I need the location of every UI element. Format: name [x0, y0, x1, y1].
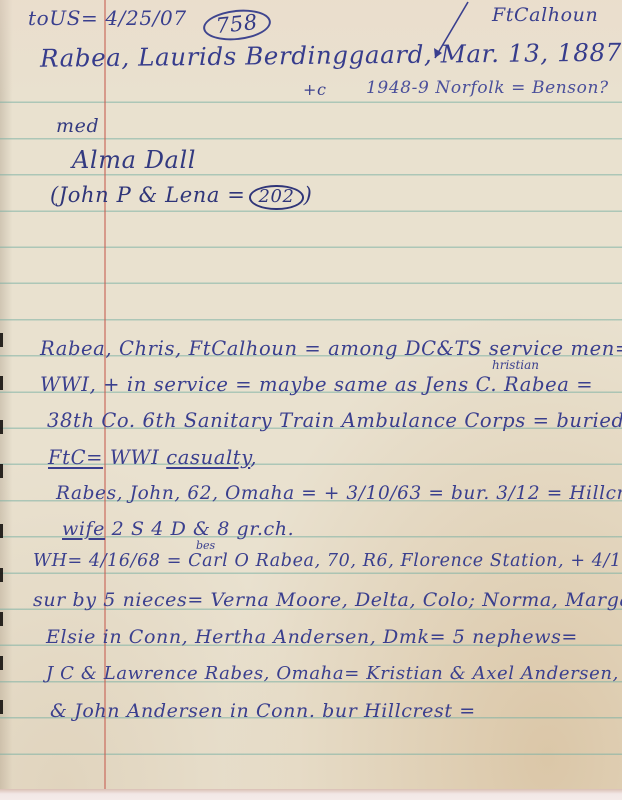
note-line: sur by 5 nieces= Verna Moore, Delta, Col…	[33, 590, 622, 611]
to-us-date-note: toUS= 4/25/07	[28, 7, 187, 29]
binding-nick	[0, 612, 3, 626]
parents-close-paren: )	[304, 183, 313, 207]
note-line: Elsie in Conn, Hertha Andersen, Dmk= 5 n…	[46, 627, 578, 648]
location-heading: FtCalhoun	[492, 5, 598, 26]
binding-nick	[0, 333, 3, 347]
entry-title: Rabea, Laurids Berdinggaard, Mar. 13, 18…	[40, 38, 622, 72]
note-text: ,	[250, 446, 257, 469]
binding-nick	[0, 376, 3, 390]
binding-nick	[0, 700, 3, 714]
note-line: & John Andersen in Conn. bur Hillcrest =	[50, 701, 476, 722]
inserted-correction: bes	[196, 540, 215, 552]
plus-c-note: +c	[303, 81, 327, 99]
note-line: 38th Co. 6th Sanitary Train Ambulance Co…	[47, 410, 622, 431]
spouse-name: Alma Dall	[72, 147, 196, 173]
note-line: Rabes, John, 62, Omaha = + 3/10/63 = bur…	[56, 484, 622, 504]
med-label: med	[56, 116, 99, 137]
note-line: WH= 4/16/68 = Carl O Rabea, 70, R6, Flor…	[33, 552, 622, 571]
binding-nick	[0, 524, 3, 538]
note-text: WWI	[103, 446, 166, 469]
note-line: WWI, + in service = maybe same as Jens C…	[40, 374, 593, 395]
underlined-text: FtC=	[48, 446, 103, 469]
inserted-correction: hristian	[492, 359, 539, 372]
underlined-text: casualty	[166, 446, 250, 469]
note-text: 2 S 4 D & 8 gr.ch.	[105, 518, 294, 540]
norfolk-note: 1948-9 Norfolk = Benson?	[366, 79, 609, 98]
scanner-bed-strip	[0, 789, 622, 800]
binding-nick	[0, 464, 3, 478]
note-line: J C & Lawrence Rabes, Omaha= Kristian & …	[46, 664, 622, 684]
note-line: FtC= WWI casualty,	[48, 447, 257, 468]
binding-nick	[0, 420, 3, 434]
scanned-notebook-page: toUS= 4/25/07 758 FtCalhoun Rabea, Lauri…	[0, 0, 622, 800]
circled-cross-reference: 202	[249, 185, 303, 210]
binding-nick	[0, 656, 3, 670]
underlined-text: wife	[62, 518, 105, 540]
parents-text: (John P & Lena =	[50, 183, 245, 207]
note-line: Rabea, Chris, FtCalhoun = among DC&TS se…	[40, 338, 622, 359]
note-line: wife 2 S 4 D & 8 gr.ch.	[62, 519, 294, 540]
binding-nick	[0, 568, 3, 582]
parents-reference: (John P & Lena =202)	[50, 184, 312, 210]
